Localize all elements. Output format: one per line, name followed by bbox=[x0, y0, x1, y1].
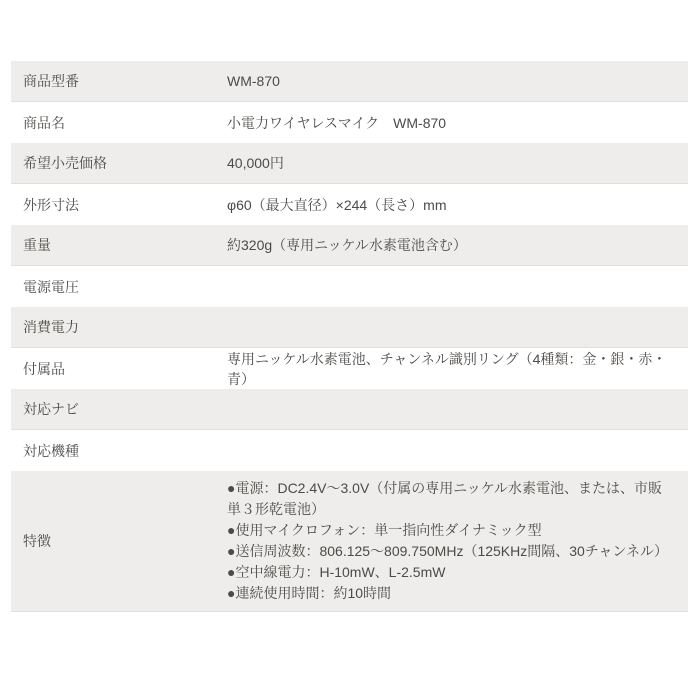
table-row-retail-price: 希望小売価格 40,000円 bbox=[11, 143, 688, 184]
row-label: 外形寸法 bbox=[11, 195, 227, 215]
row-label: 希望小売価格 bbox=[11, 153, 227, 173]
table-row-features: 特徴 ●電源：DC2.4V～3.0V（付属の専用ニッケル水素電池、または、市販単… bbox=[11, 471, 688, 612]
table-row-compatible-models: 対応機種 bbox=[11, 430, 688, 471]
row-label: 対応機種 bbox=[11, 441, 227, 461]
row-value: φ60（最大直径）×244（長さ）mm bbox=[227, 195, 688, 215]
table-row-compatible-navi: 対応ナビ bbox=[11, 389, 688, 430]
row-label: 電源電圧 bbox=[11, 277, 227, 297]
row-label: 重量 bbox=[11, 235, 227, 255]
row-value: 専用ニッケル水素電池、チャンネル識別リング（4種類：金・銀・赤・青） bbox=[227, 349, 688, 389]
table-row-model-number: 商品型番 WM-870 bbox=[11, 61, 688, 102]
table-row-product-name: 商品名 小電力ワイヤレスマイク WM-870 bbox=[11, 102, 688, 143]
table-row-power-voltage: 電源電圧 bbox=[11, 266, 688, 307]
row-label: 特徴 bbox=[11, 531, 227, 551]
table-row-power-consumption: 消費電力 bbox=[11, 307, 688, 348]
feature-item-antenna-power: ●空中線電力：H-10mW、L-2.5mW bbox=[227, 562, 674, 583]
row-value: 40,000円 bbox=[227, 153, 688, 173]
row-value: WM-870 bbox=[227, 71, 688, 91]
feature-item-power-source: ●電源：DC2.4V～3.0V（付属の専用ニッケル水素電池、または、市販単３形乾… bbox=[227, 478, 674, 520]
row-value: 小電力ワイヤレスマイク WM-870 bbox=[227, 113, 688, 133]
table-row-dimensions: 外形寸法 φ60（最大直径）×244（長さ）mm bbox=[11, 184, 688, 225]
feature-item-usage-time: ●連続使用時間：約10時間 bbox=[227, 583, 674, 604]
table-row-accessories: 付属品 専用ニッケル水素電池、チャンネル識別リング（4種類：金・銀・赤・青） bbox=[11, 348, 688, 389]
row-label: 消費電力 bbox=[11, 317, 227, 337]
product-spec-table: 商品型番 WM-870 商品名 小電力ワイヤレスマイク WM-870 希望小売価… bbox=[11, 61, 688, 612]
row-label: 付属品 bbox=[11, 359, 227, 379]
row-label: 商品名 bbox=[11, 113, 227, 133]
row-value: 約320g（専用ニッケル水素電池含む） bbox=[227, 235, 688, 255]
features-list: ●電源：DC2.4V～3.0V（付属の専用ニッケル水素電池、または、市販単３形乾… bbox=[227, 478, 688, 604]
table-row-weight: 重量 約320g（専用ニッケル水素電池含む） bbox=[11, 225, 688, 266]
feature-item-frequency: ●送信周波数：806.125～809.750MHz（125KHz間隔、30チャン… bbox=[227, 541, 674, 562]
row-label: 商品型番 bbox=[11, 71, 227, 91]
feature-item-microphone-type: ●使用マイクロフォン：単一指向性ダイナミック型 bbox=[227, 520, 674, 541]
row-label: 対応ナビ bbox=[11, 399, 227, 419]
